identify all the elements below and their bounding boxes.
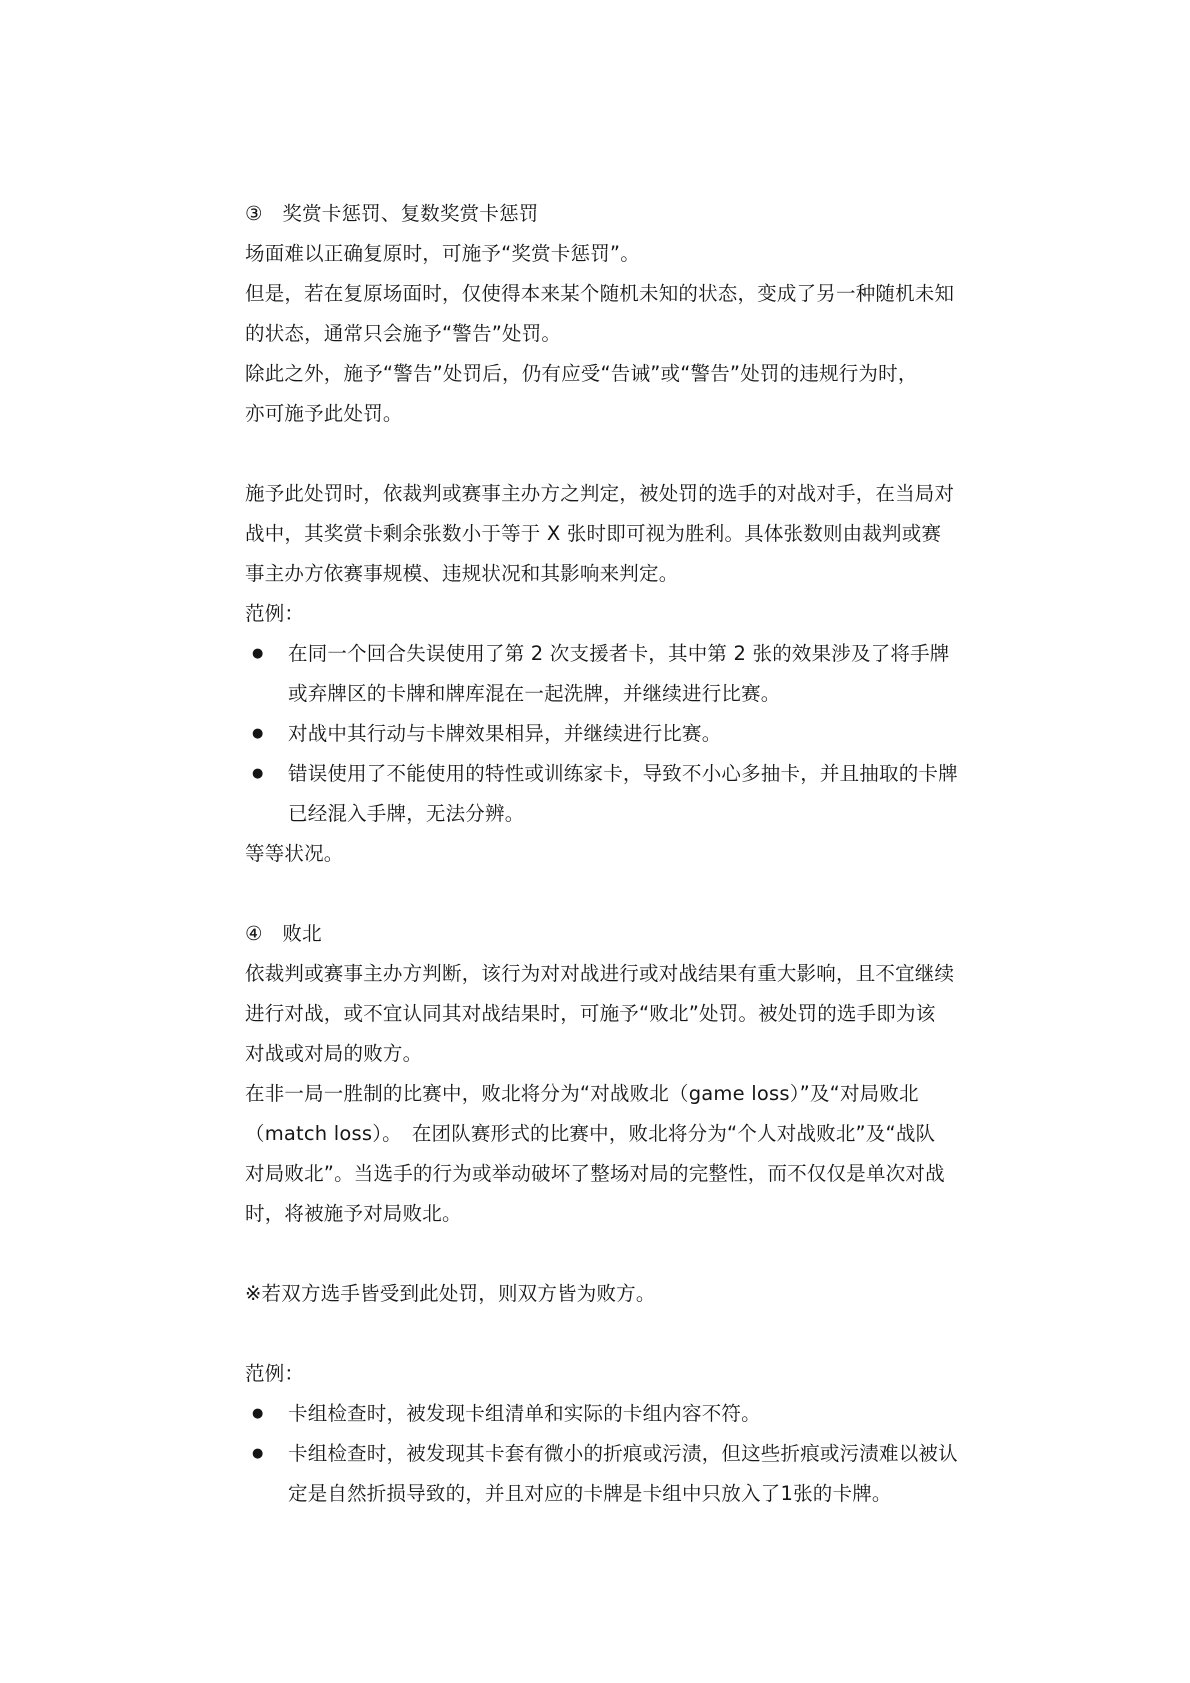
document-page: ③ 奖赏卡惩罚、复数奖赏卡惩罚 场面难以正确复原时，可施予“奖赏卡惩罚”。 但是… — [0, 0, 1190, 1683]
paragraph-etc: 等等状况。 — [245, 834, 973, 874]
paragraph-loss-types: 在非一局一胜制的比赛中，败北将分为“对战败北（game loss）”及“对局败北… — [245, 1074, 973, 1234]
list-item-text: 错误使用了不能使用的特性或训练家卡，导致不小心多抽卡，并且抽取的卡牌 已经混入手… — [288, 754, 973, 834]
paragraph-loss-judgement: 依裁判或赛事主办方判断，该行为对对战进行或对战结果有重大影响，且不宜继续 进行对… — [245, 954, 973, 1074]
list-item: ● 在同一个回合失误使用了第 2 次支援者卡，其中第 2 张的效果涉及了将手牌 … — [245, 634, 973, 714]
note-both-players: ※若双方选手皆受到此处罚，则双方皆为败方。 — [245, 1274, 973, 1314]
paragraph-additional-warning: 除此之外，施予“警告”处罚后，仍有应受“告诫”或“警告”处罚的违规行为时， 亦可… — [245, 354, 973, 434]
document-content: ③ 奖赏卡惩罚、复数奖赏卡惩罚 场面难以正确复原时，可施予“奖赏卡惩罚”。 但是… — [245, 194, 973, 1514]
examples-label-2: 范例： — [245, 1354, 973, 1394]
list-item: ● 对战中其行动与卡牌效果相异，并继续进行比赛。 — [245, 714, 973, 754]
paragraph-random-unknown-state: 但是，若在复原场面时，仅使得本来某个随机未知的状态，变成了另一种随机未知 的状态… — [245, 274, 973, 354]
list-item: ● 错误使用了不能使用的特性或训练家卡，导致不小心多抽卡，并且抽取的卡牌 已经混… — [245, 754, 973, 834]
blank-line — [245, 1234, 973, 1274]
list-item: ● 卡组检查时，被发现其卡套有微小的折痕或污渍，但这些折痕或污渍难以被认 定是自… — [245, 1434, 973, 1514]
list-item-text: 在同一个回合失误使用了第 2 次支援者卡，其中第 2 张的效果涉及了将手牌 或弃… — [288, 634, 973, 714]
bullet-icon: ● — [245, 1394, 288, 1434]
examples-list-1: ● 在同一个回合失误使用了第 2 次支援者卡，其中第 2 张的效果涉及了将手牌 … — [245, 634, 973, 834]
bullet-icon: ● — [245, 754, 288, 794]
list-item-text: 对战中其行动与卡牌效果相异，并继续进行比赛。 — [288, 714, 973, 754]
blank-line — [245, 874, 973, 914]
paragraph-penalty-judgement: 施予此处罚时，依裁判或赛事主办方之判定，被处罚的选手的对战对手，在当局对 战中，… — [245, 474, 973, 594]
bullet-icon: ● — [245, 714, 288, 754]
examples-list-2: ● 卡组检查时，被发现卡组清单和实际的卡组内容不符。 ● 卡组检查时，被发现其卡… — [245, 1394, 973, 1514]
blank-line — [245, 1314, 973, 1354]
paragraph-restore-scene: 场面难以正确复原时，可施予“奖赏卡惩罚”。 — [245, 234, 973, 274]
blank-line — [245, 434, 973, 474]
list-item-text: 卡组检查时，被发现其卡套有微小的折痕或污渍，但这些折痕或污渍难以被认 定是自然折… — [288, 1434, 973, 1514]
examples-label-1: 范例： — [245, 594, 973, 634]
list-item: ● 卡组检查时，被发现卡组清单和实际的卡组内容不符。 — [245, 1394, 973, 1434]
list-item-text: 卡组检查时，被发现卡组清单和实际的卡组内容不符。 — [288, 1394, 973, 1434]
section-heading-game-loss: ④ 败北 — [245, 914, 973, 954]
section-heading-prize-card-penalty: ③ 奖赏卡惩罚、复数奖赏卡惩罚 — [245, 194, 973, 234]
bullet-icon: ● — [245, 634, 288, 674]
bullet-icon: ● — [245, 1434, 288, 1474]
